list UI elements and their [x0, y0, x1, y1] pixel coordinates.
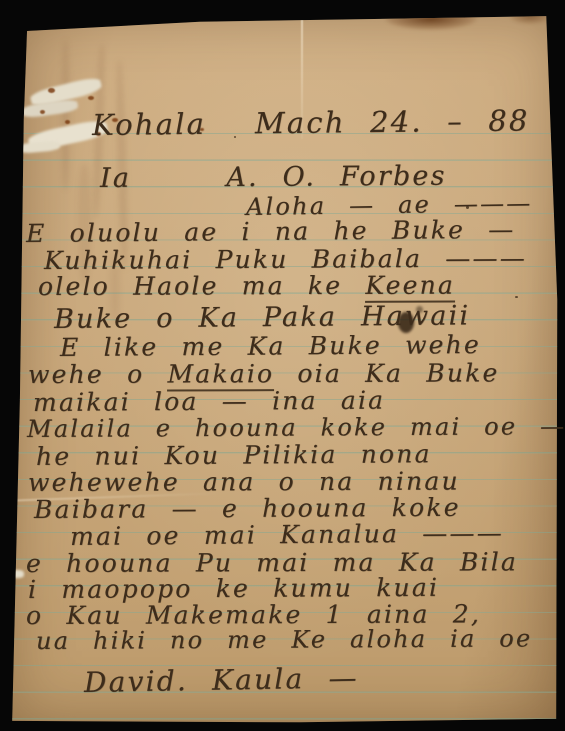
letter-line: E like me Ka Buke wehe: [60, 330, 481, 362]
letter-line: wehe o Makaio oia Ka Buke: [28, 358, 500, 389]
addressee-line: Ia A. O. Forbes: [100, 161, 447, 194]
handwriting-layer: Kohala Mach 24. – 88Ia A. O. ForbesAloha…: [0, 0, 565, 731]
letter-line: olelo Haole ma ke Keena: [38, 271, 455, 301]
dateline: Kohala Mach 24. – 88: [92, 103, 530, 142]
letter-line: maikai loa — ina aia: [33, 386, 385, 417]
letter-line: mai oe mai Kanalua ———: [70, 518, 504, 551]
scan-background: Kohala Mach 24. – 88Ia A. O. ForbesAloha…: [0, 0, 565, 731]
letter-line: Malaila e hoouna koke mai oe —: [27, 412, 565, 443]
letter-line: ua hiki no me Ke aloha ia oe: [36, 624, 532, 655]
signature-line: David. Kaula —: [84, 661, 359, 699]
underlined-word: Keena: [365, 271, 455, 303]
